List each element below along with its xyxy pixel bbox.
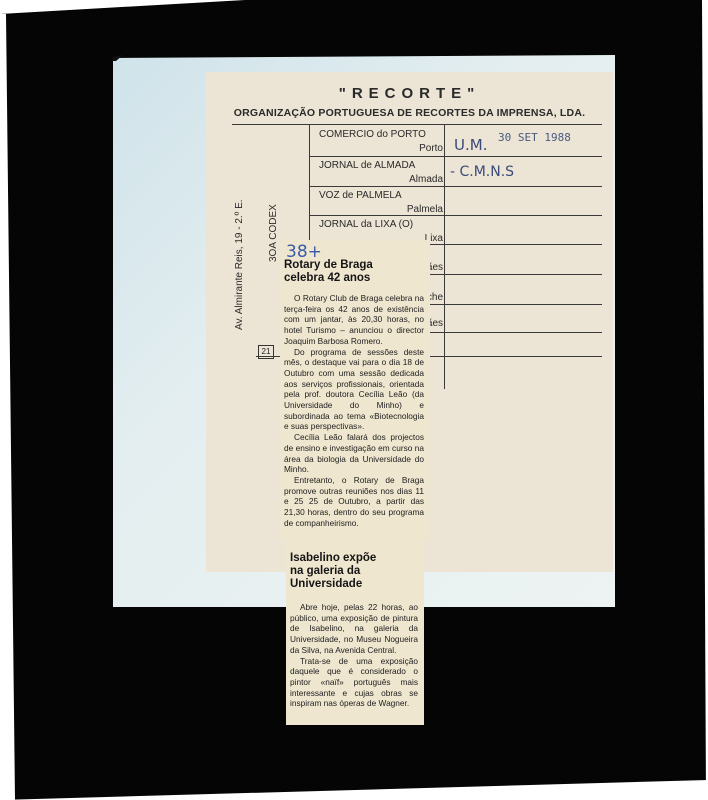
paragraph: Do programa de sessões deste mês, o dest… — [284, 347, 424, 433]
headline-isabelino: Isabelino expõe na galeria da Universida… — [290, 552, 390, 591]
headline-rotary: Rotary de Braga celebra 42 anos — [284, 259, 384, 285]
publication-city: Palmela — [407, 204, 443, 215]
form-title: "RECORTE" — [206, 85, 613, 102]
box-number: 21 — [258, 345, 274, 359]
date-stamp: 30 SET 1988 — [498, 131, 571, 144]
article-body-isabelino: Abre hoje, pelas 22 horas, ao público, u… — [290, 602, 418, 709]
publication-name: VOZ de PALMELA — [319, 190, 402, 201]
article-body-rotary: O Rotary Club de Braga celebra na terça-… — [284, 293, 424, 528]
paragraph: O Rotary Club de Braga celebra na terça-… — [284, 293, 424, 347]
handwritten-um: U.M. — [454, 136, 487, 154]
publication-name: COMERCIO do PORTO — [319, 129, 426, 140]
publication-row: JORNAL de ALMADA Almada — [316, 156, 446, 188]
publication-city: Almada — [409, 174, 443, 185]
newspaper-clipping-rotary: 38+ Rotary de Braga celebra 42 anos O Ro… — [280, 240, 430, 540]
publication-name: JORNAL de ALMADA — [319, 160, 415, 171]
handwritten-cmns: - C.M.N.S — [450, 164, 514, 180]
publication-city: Porto — [419, 143, 443, 154]
codex-vertical: 3OA CODEX — [268, 204, 279, 262]
address-vertical: Av. Almirante Reis, 19 - 2.º E. — [234, 199, 245, 330]
publication-row: VOZ de PALMELA Palmela — [316, 186, 446, 218]
paragraph: Trata-se de uma exposição daquele que é … — [290, 656, 418, 710]
newspaper-clipping-isabelino: Isabelino expõe na galeria da Universida… — [286, 540, 424, 725]
paragraph: Abre hoje, pelas 22 horas, ao público, u… — [290, 602, 418, 656]
form-subtitle: ORGANIZAÇÃO PORTUGUESA DE RECORTES DA IM… — [206, 107, 613, 119]
paragraph: Entretanto, o Rotary de Braga promove ou… — [284, 475, 424, 529]
publication-row: COMERCIO do PORTO Porto — [316, 125, 446, 157]
publication-name: JORNAL da LIXA (O) — [319, 219, 413, 230]
paragraph: Cecília Leão falará dos projectos de ens… — [284, 432, 424, 475]
